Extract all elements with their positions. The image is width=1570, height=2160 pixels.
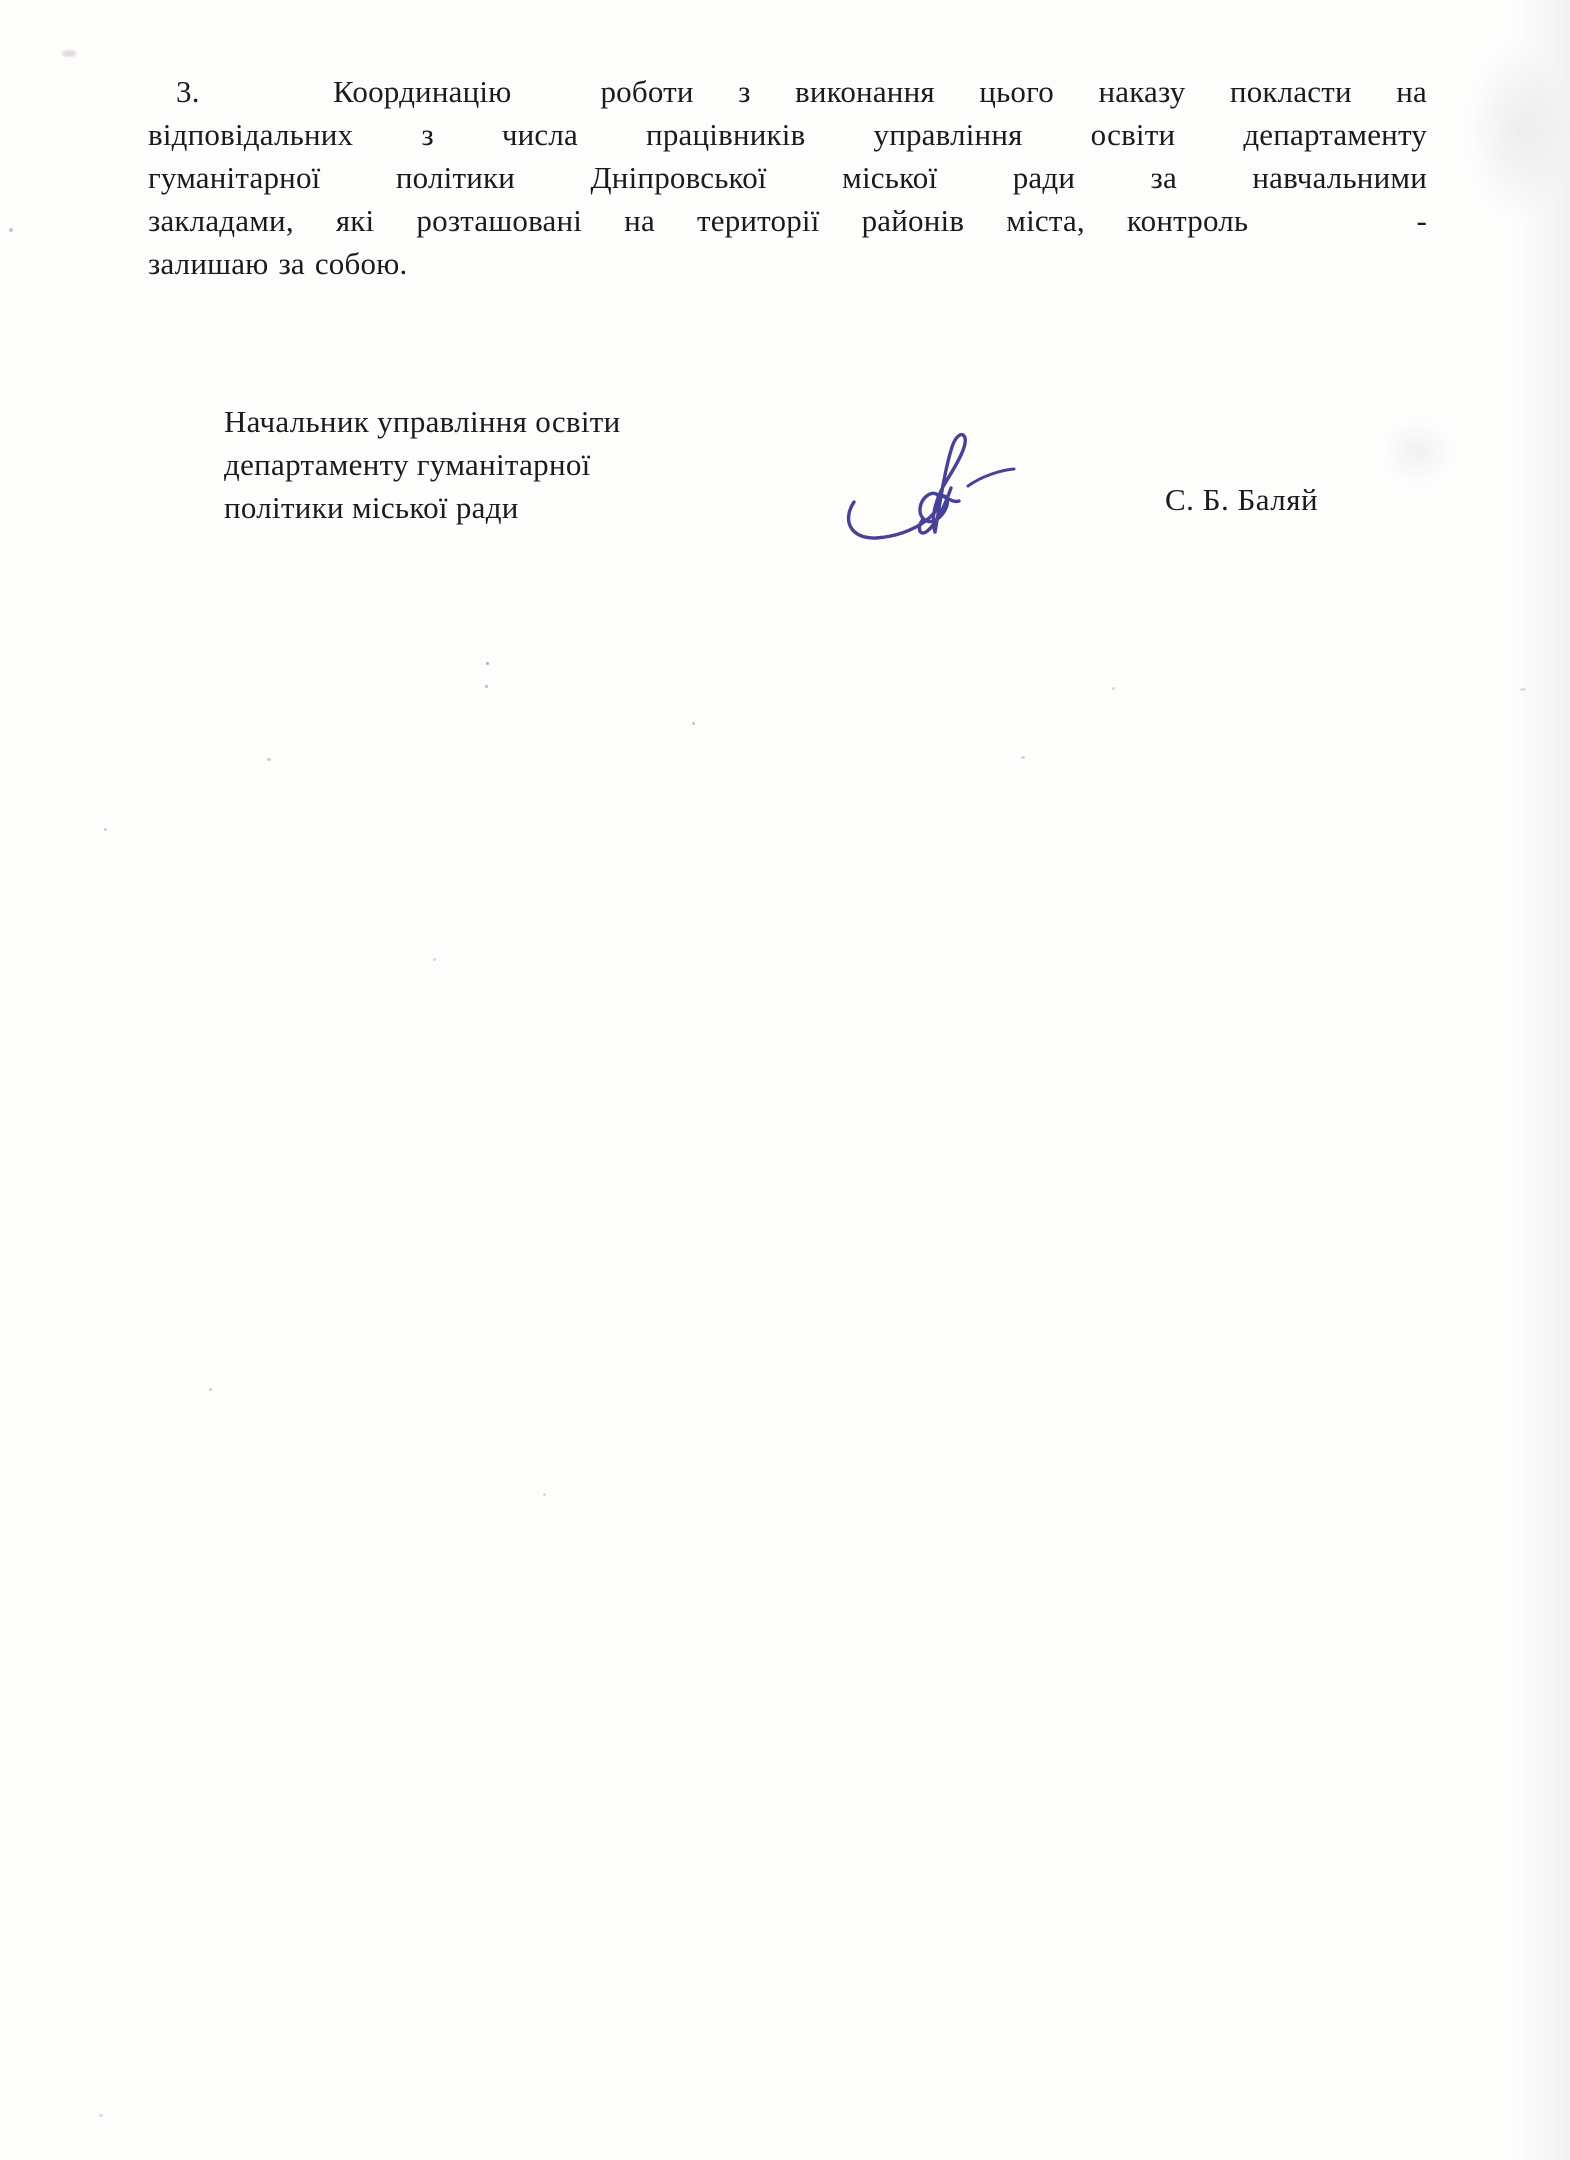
signee-name: С. Б. Баляй	[1165, 482, 1318, 518]
scan-speck	[692, 722, 695, 725]
scan-speck	[99, 2114, 103, 2117]
first-line-indent	[148, 101, 176, 102]
signer-title-line-3: політики міської ради	[224, 486, 621, 529]
scan-speck	[485, 685, 488, 688]
paragraph-line-4-text: закладами, які розташовані на території …	[148, 203, 1427, 238]
signer-title-block: Начальник управління освіти департаменту…	[224, 400, 621, 529]
signer-title-line-2: департаменту гуманітарної	[224, 443, 621, 486]
paragraph-line-2: відповідальних з числа працівників управ…	[148, 113, 1427, 156]
scan-speck	[1112, 687, 1115, 690]
scan-speck	[267, 758, 271, 761]
signer-title-line-1: Начальник управління освіти	[224, 400, 621, 443]
scan-speck	[209, 1388, 212, 1391]
paragraph-line-2-text: відповідальних з числа працівників управ…	[148, 117, 1427, 152]
scan-speck	[62, 50, 76, 57]
paragraph-line-4: закладами, які розташовані на території …	[148, 199, 1427, 242]
scan-edge-shadow	[1515, 0, 1570, 2160]
handwritten-signature-icon	[838, 426, 1070, 554]
scan-speck	[9, 228, 13, 232]
scan-corner-smudge	[1468, 40, 1568, 220]
paragraph-line-1: 3. Координацію роботи з виконання цього …	[148, 70, 1427, 113]
scan-smudge	[1382, 420, 1454, 484]
scan-speck	[1021, 756, 1025, 759]
paragraph-line-5: залишаю за собою.	[148, 242, 1427, 285]
paragraph-line-1-text: 3. Координацію роботи з виконання цього …	[176, 74, 1427, 109]
scan-speck	[1520, 688, 1526, 691]
scan-speck	[433, 958, 436, 961]
scan-speck	[104, 828, 107, 831]
paragraph-line-3-text: гуманітарної політики Дніпровської міськ…	[148, 160, 1427, 195]
scanned-document-page: 3. Координацію роботи з виконання цього …	[0, 0, 1570, 2160]
paragraph-line-3: гуманітарної політики Дніпровської міськ…	[148, 156, 1427, 199]
scan-speck	[486, 662, 489, 665]
scan-speck	[543, 1493, 546, 1496]
order-paragraph: 3. Координацію роботи з виконання цього …	[148, 70, 1427, 285]
paragraph-line-5-text: залишаю за собою.	[148, 246, 407, 281]
